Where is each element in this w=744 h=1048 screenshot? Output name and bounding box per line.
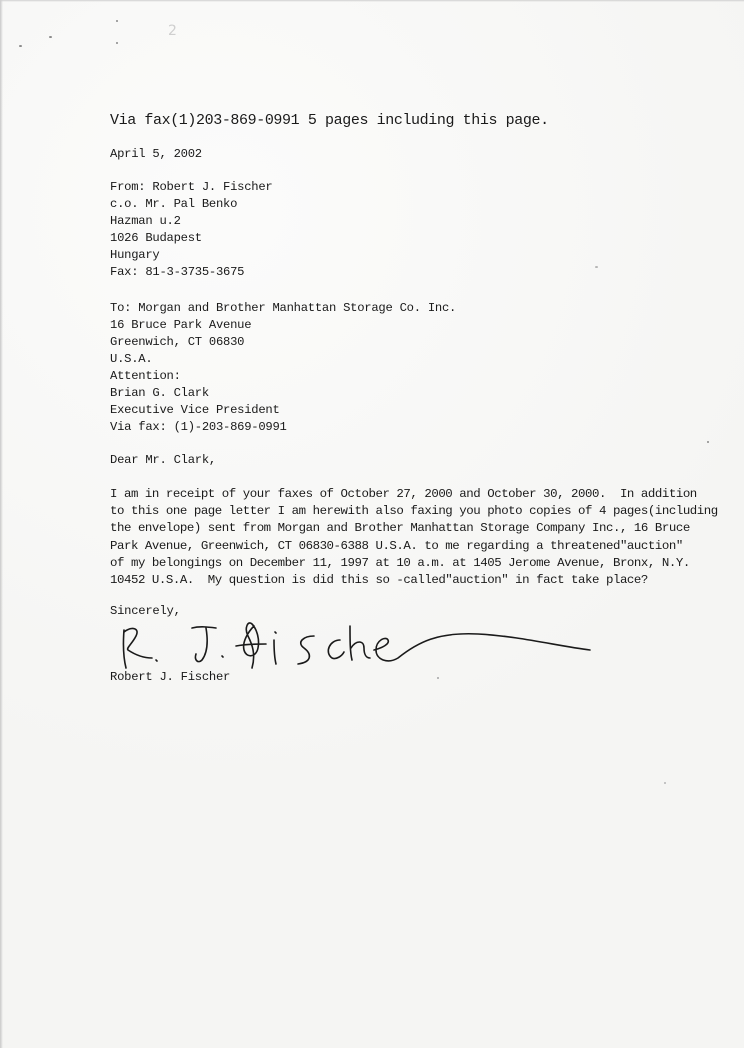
body-line: to this one page letter I am herewith al…: [110, 503, 718, 520]
page-edge-left: [0, 0, 3, 1048]
recipient-line: Executive Vice President: [110, 402, 456, 419]
sender-line: c.o. Mr. Pal Benko: [110, 196, 272, 213]
scan-speck: [116, 42, 118, 44]
recipient-line: U.S.A.: [110, 351, 456, 368]
recipient-address-block: To: Morgan and Brother Manhattan Storage…: [110, 300, 456, 436]
scan-speck: [19, 45, 22, 47]
scan-speck: [49, 36, 52, 38]
recipient-line: Via fax: (1)-203-869-0991: [110, 419, 456, 436]
page-number-mark: 2: [168, 23, 177, 39]
recipient-line: To: Morgan and Brother Manhattan Storage…: [110, 300, 456, 317]
recipient-line: Greenwich, CT 06830: [110, 334, 456, 351]
letter-date: April 5, 2002: [110, 146, 202, 163]
sender-line: Fax: 81-3-3735-3675: [110, 264, 272, 281]
body-line: 10452 U.S.A. My question is did this so …: [110, 572, 718, 589]
body-line: Park Avenue, Greenwich, CT 06830-6388 U.…: [110, 538, 718, 555]
signer-name: Robert J. Fischer: [110, 669, 230, 686]
scan-speck: [595, 266, 598, 268]
scan-speck: [116, 20, 118, 22]
page-edge-top: [0, 0, 744, 2]
recipient-line: Brian G. Clark: [110, 385, 456, 402]
body-line: of my belongings on December 11, 1997 at…: [110, 555, 718, 572]
sender-line: Hungary: [110, 247, 272, 264]
body-line: the envelope) sent from Morgan and Broth…: [110, 520, 718, 537]
recipient-line: 16 Bruce Park Avenue: [110, 317, 456, 334]
body-line: I am in receipt of your faxes of October…: [110, 486, 718, 503]
sender-line: 1026 Budapest: [110, 230, 272, 247]
salutation: Dear Mr. Clark,: [110, 452, 216, 469]
sender-line: From: Robert J. Fischer: [110, 179, 272, 196]
sender-address-block: From: Robert J. Fischer c.o. Mr. Pal Ben…: [110, 179, 272, 281]
scan-speck: [707, 441, 709, 443]
letter-body: I am in receipt of your faxes of October…: [110, 486, 718, 589]
sender-line: Hazman u.2: [110, 213, 272, 230]
fax-header: Via fax(1)203-869-0991 5 pages including…: [110, 112, 549, 129]
scan-speck: [664, 782, 666, 784]
recipient-line: Attention:: [110, 368, 456, 385]
fax-page: 2 Via fax(1)203-869-0991 5 pages includi…: [0, 0, 744, 1048]
